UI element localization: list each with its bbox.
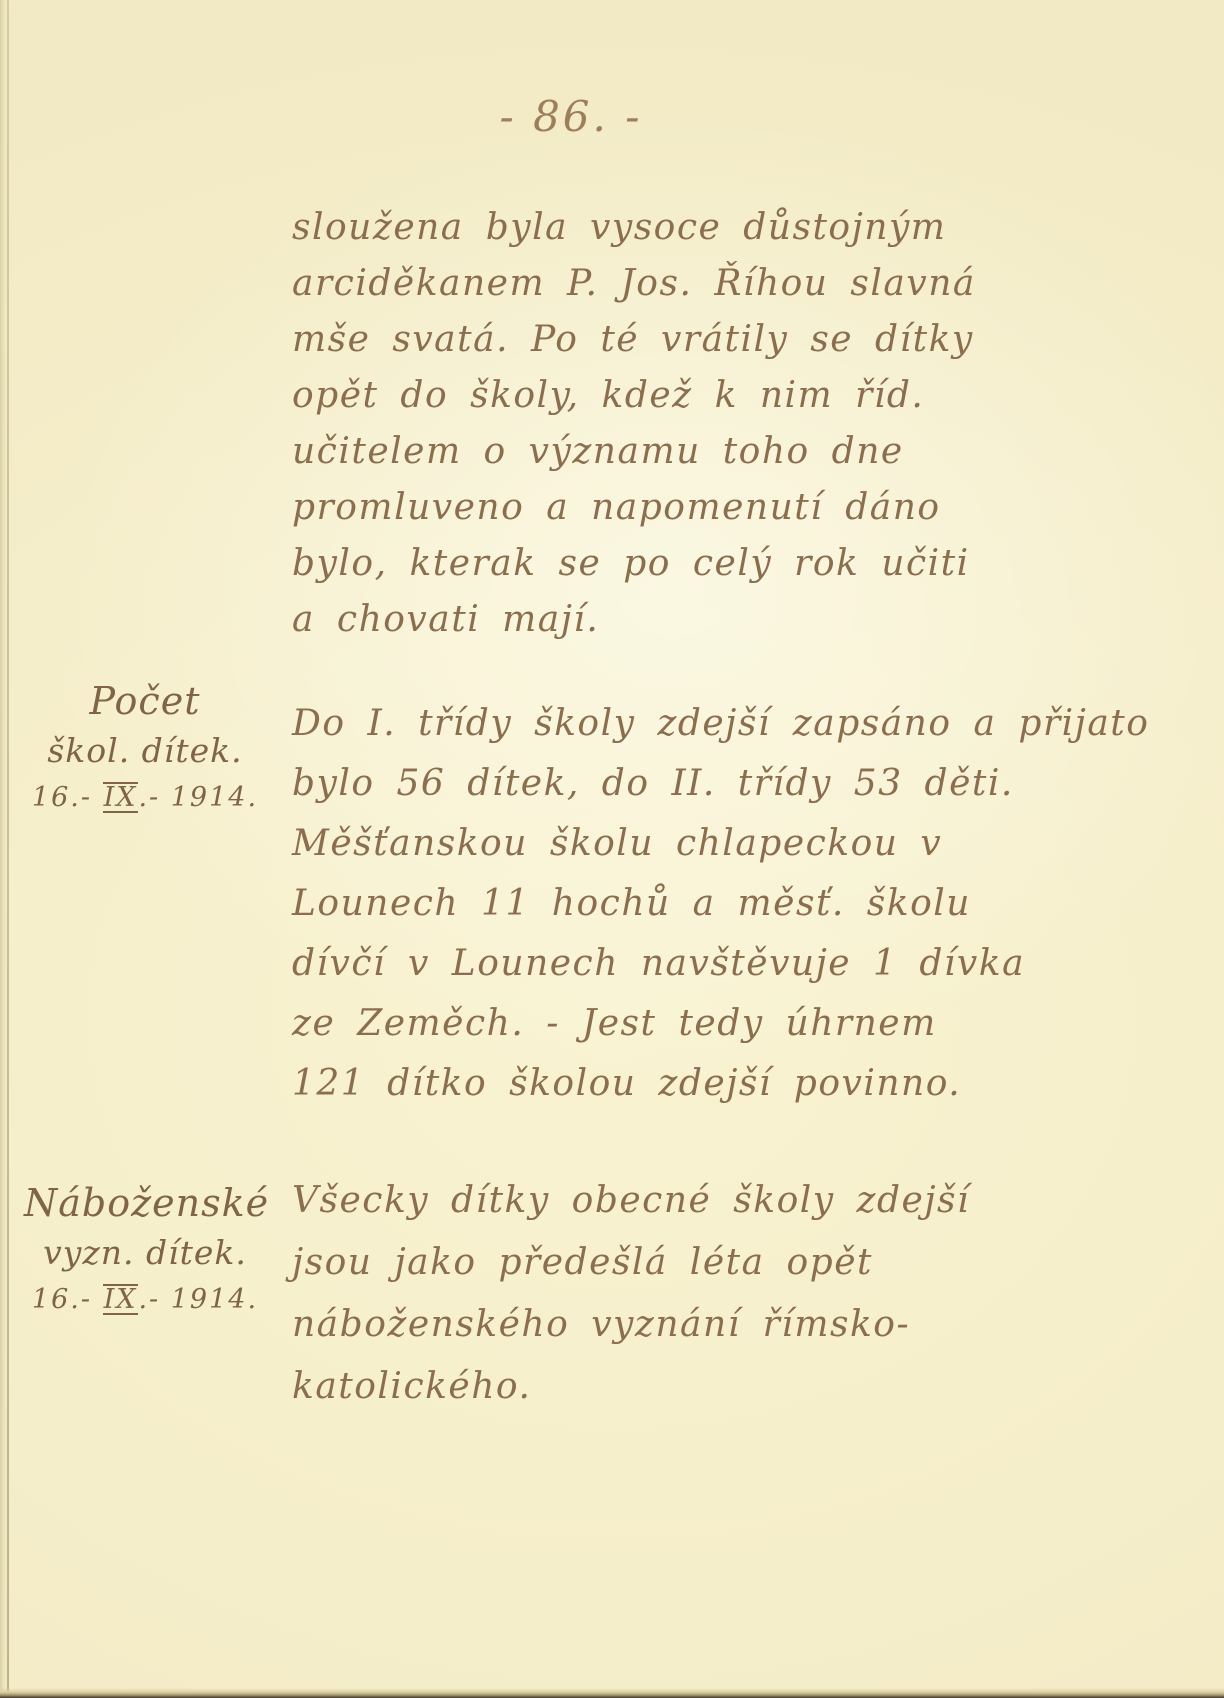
handwritten-line: opět do školy, kdež k nim říd. bbox=[292, 368, 1082, 424]
handwritten-line: bylo 56 dítek, do II. třídy 53 děti. bbox=[292, 754, 1082, 814]
margin-note-subtitle: škol. dítek. bbox=[24, 726, 266, 776]
handwritten-line: jsou jako předešlá léta opět bbox=[292, 1232, 1082, 1294]
handwritten-line: Měšťanskou školu chlapeckou v bbox=[292, 814, 1082, 874]
handwritten-line: a chovati mají. bbox=[292, 592, 1082, 648]
page-left-edge-line bbox=[7, 0, 9, 1698]
handwritten-line: arciděkanem P. Jos. Říhou slavná bbox=[292, 256, 1082, 312]
paragraph-enrollment: Do I. třídy školy zdejší zapsáno a přija… bbox=[292, 694, 1082, 1114]
handwritten-line: promluveno a napomenutí dáno bbox=[292, 480, 1082, 536]
handwritten-line: ze Zeměch. - Jest tedy úhrnem bbox=[292, 994, 1082, 1054]
date-suffix: .- 1914. bbox=[138, 1284, 258, 1315]
roman-numeral-ix: IX bbox=[103, 782, 139, 813]
handwritten-line: 121 dítko školou zdejší povinno. bbox=[292, 1054, 1082, 1114]
page-bottom-edge bbox=[0, 1688, 1224, 1698]
handwritten-line: mše svatá. Po té vrátily se dítky bbox=[292, 312, 1082, 368]
handwritten-line: Všecky dítky obecné školy zdejší bbox=[292, 1170, 1082, 1232]
handwritten-line: dívčí v Lounech navštěvuje 1 dívka bbox=[292, 934, 1082, 994]
margin-note-title: Náboženské bbox=[24, 1178, 266, 1228]
handwritten-line: učitelem o významu toho dne bbox=[292, 424, 1082, 480]
date-suffix: .- 1914. bbox=[138, 782, 258, 813]
paragraph-mass-ceremony: sloužena byla vysoce důstojným arciděkan… bbox=[292, 200, 1082, 648]
margin-note-date: 16.- IX.- 1914. bbox=[24, 1278, 266, 1322]
date-prefix: 16.- bbox=[32, 782, 103, 813]
page-number: - 86. - bbox=[436, 92, 706, 141]
handwritten-line: náboženského vyznání římsko- bbox=[292, 1294, 1082, 1356]
margin-note-subtitle: vyzn. dítek. bbox=[24, 1228, 266, 1278]
margin-note-religion: Náboženské vyzn. dítek. 16.- IX.- 1914. bbox=[24, 1178, 266, 1322]
margin-note-pupil-count: Počet škol. dítek. 16.- IX.- 1914. bbox=[24, 676, 266, 820]
handwritten-line: Do I. třídy školy zdejší zapsáno a přija… bbox=[292, 694, 1082, 754]
roman-numeral-ix: IX bbox=[103, 1284, 139, 1315]
date-prefix: 16.- bbox=[32, 1284, 103, 1315]
margin-note-date: 16.- IX.- 1914. bbox=[24, 776, 266, 820]
margin-note-title: Počet bbox=[24, 676, 266, 726]
handwritten-line: sloužena byla vysoce důstojným bbox=[292, 200, 1082, 256]
handwritten-line: Lounech 11 hochů a měsť. školu bbox=[292, 874, 1082, 934]
handwritten-line: katolického. bbox=[292, 1356, 1082, 1418]
handwritten-line: bylo, kterak se po celý rok učiti bbox=[292, 536, 1082, 592]
chronicle-page: - 86. - sloužena byla vysoce důstojným a… bbox=[0, 0, 1224, 1698]
paragraph-religious-confession: Všecky dítky obecné školy zdejší jsou ja… bbox=[292, 1170, 1082, 1418]
